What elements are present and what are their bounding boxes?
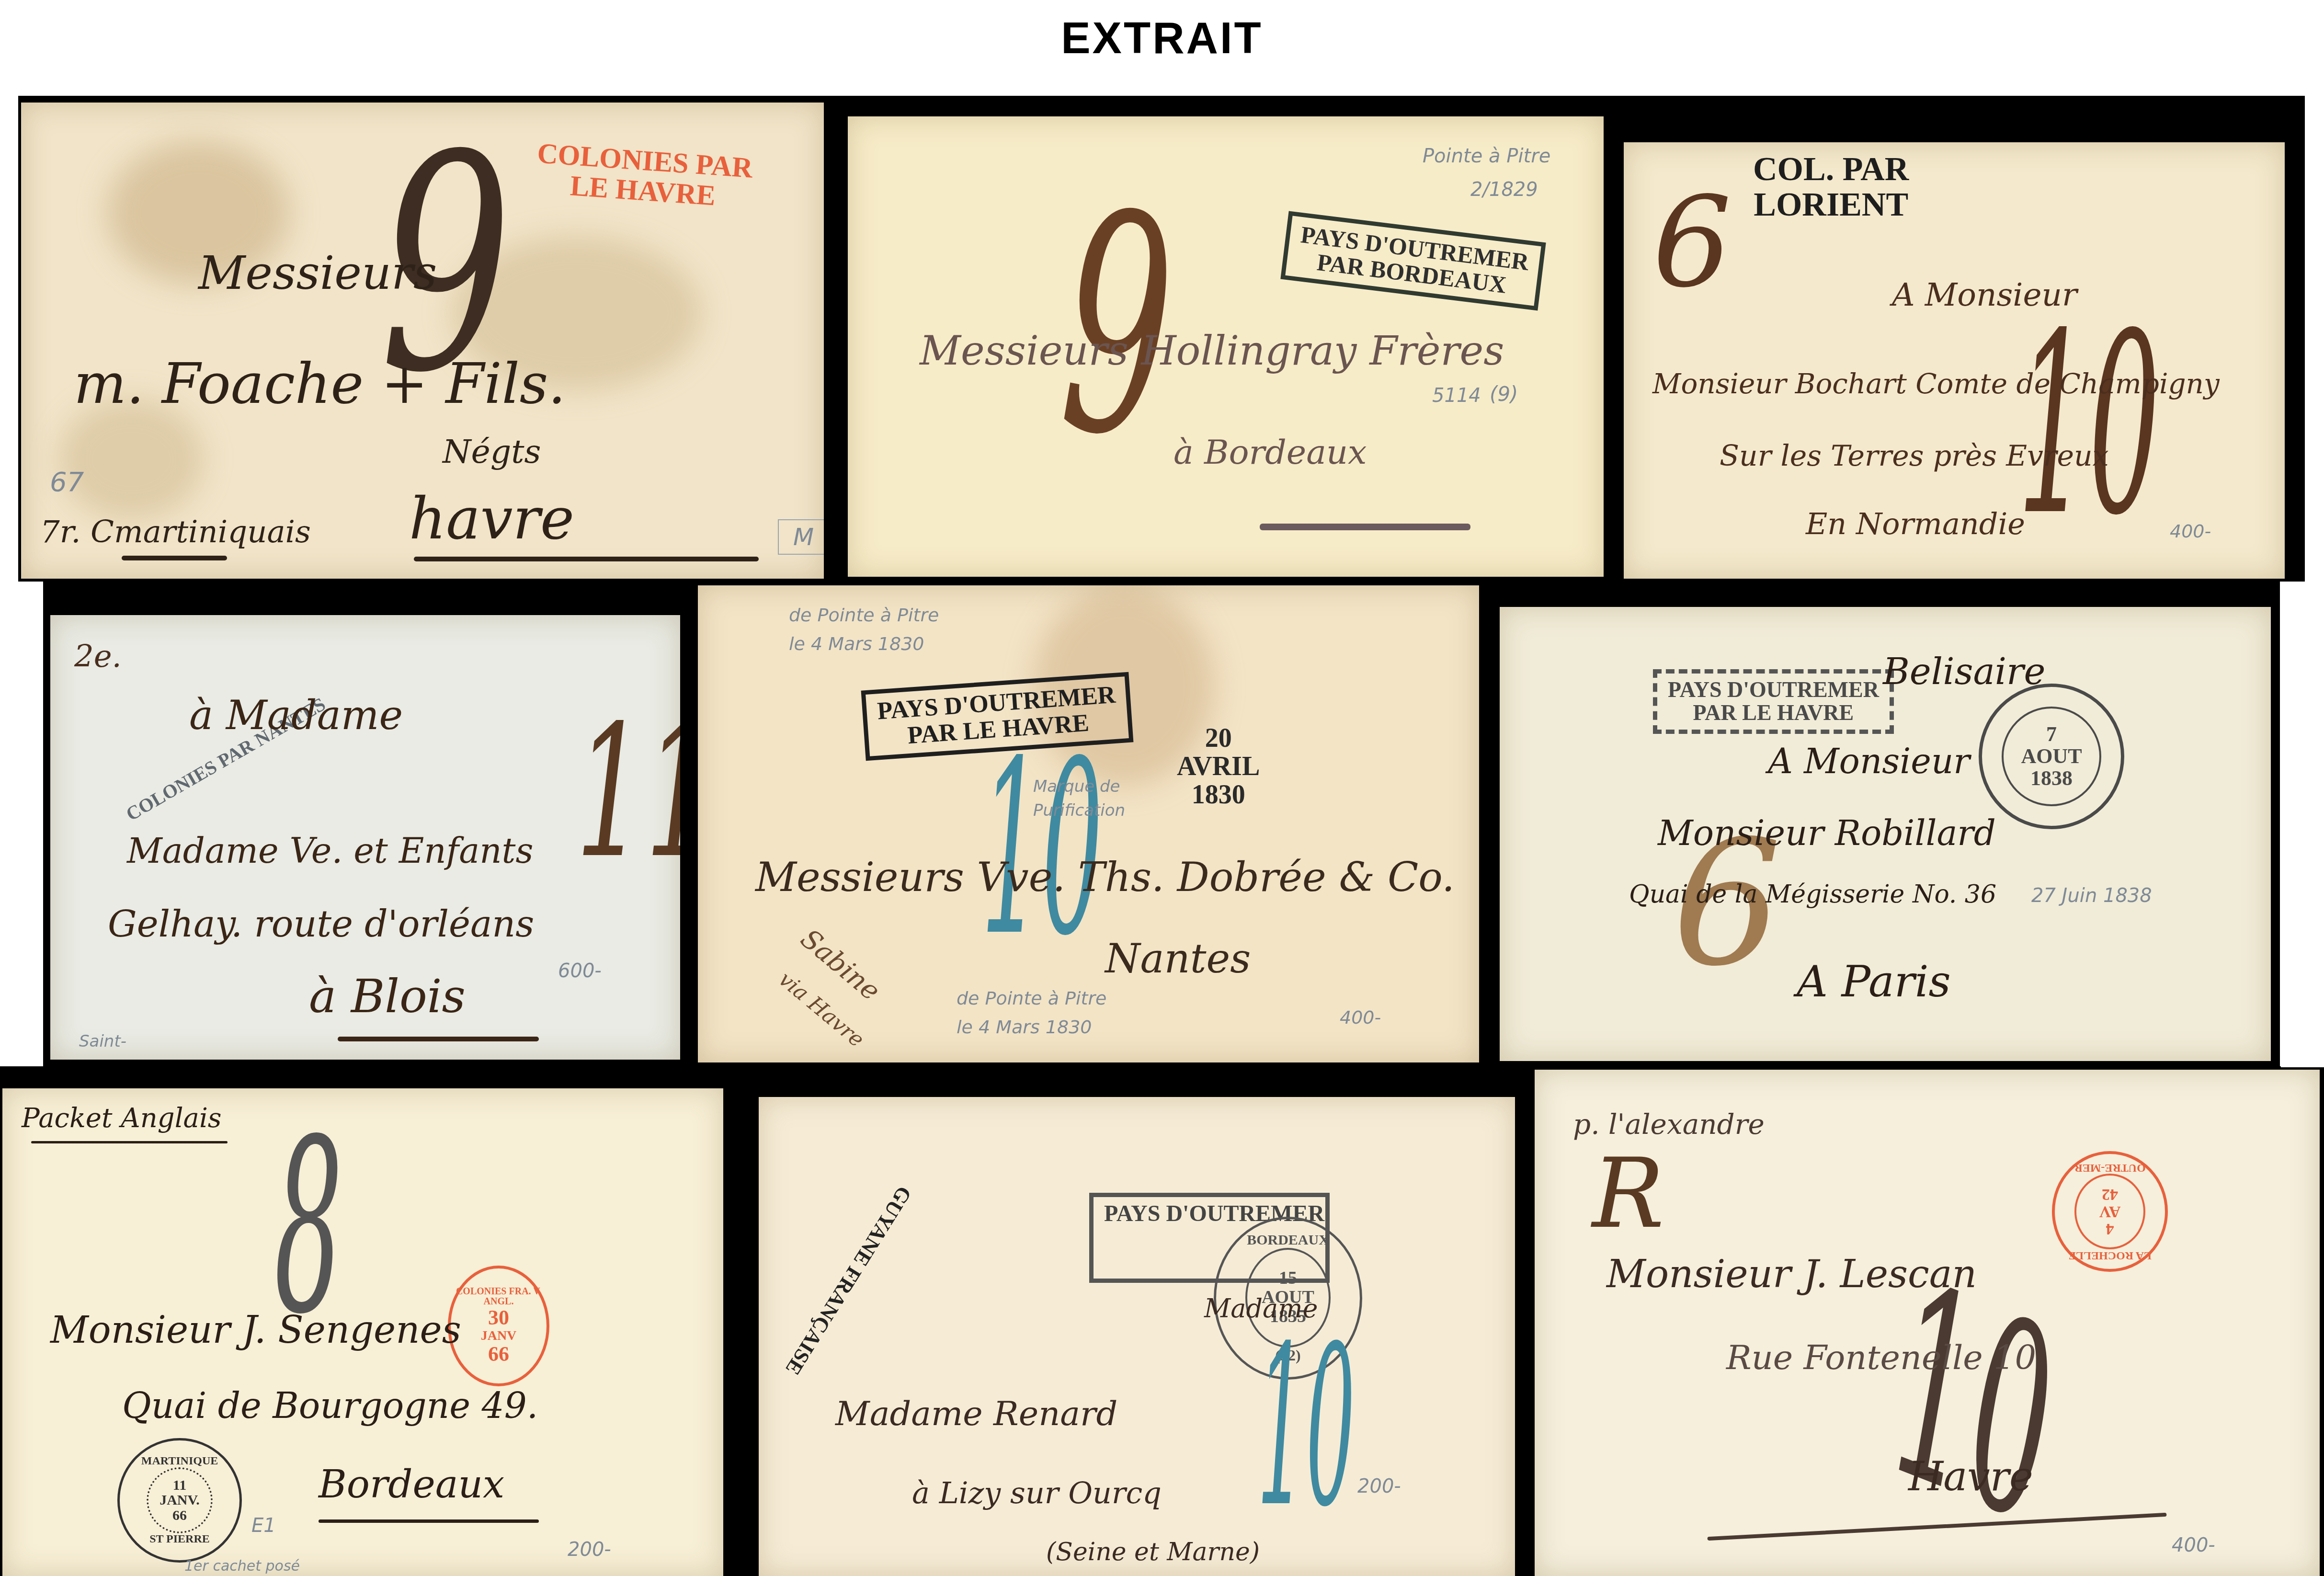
colonies-fra-v-angl-stamp: COLONIES FRA. V. ANGL. 30 JANV 66: [448, 1266, 549, 1386]
pencil-note: 2/1829: [1470, 179, 1538, 201]
cover-letter-2[interactable]: 9 PAYS D'OUTREMER PAR BORDEAUX Messieurs…: [848, 116, 1604, 577]
cover-letter-3[interactable]: COL. PAR LORIENT 6 10 A Monsieur Monsieu…: [1624, 142, 2285, 579]
pays-doutremer-par-bordeaux-stamp: PAYS D'OUTREMER PAR BORDEAUX: [1280, 211, 1546, 311]
header-note: 2e.: [74, 639, 122, 674]
address-line: à Lizy sur Ourcq: [912, 1475, 1162, 1510]
price-note: 400-: [2172, 1534, 2215, 1556]
pencil-note: 1er cachet posé: [184, 1558, 300, 1575]
header-note: Packet Anglais: [22, 1103, 222, 1134]
pencil-note: le 4 Mars 1830: [957, 1016, 1092, 1038]
tax-mark-2: R: [1592, 1146, 1664, 1242]
underline: [122, 556, 227, 560]
cover-letter-6[interactable]: PAYS D'OUTREMER PAR LE HAVRE 7 AOUT 1838…: [1500, 607, 2271, 1061]
pencil-note: E1: [251, 1515, 276, 1537]
address-line: Sur les Terres près Evreux: [1720, 439, 2109, 473]
cover-letter-1[interactable]: COLONIES PAR LE HAVRE 9 Messieurs m. Foa…: [21, 103, 824, 579]
colonies-par-le-havre-stamp: COLONIES PAR LE HAVRE: [534, 138, 753, 213]
address-line: Madame Renard: [835, 1394, 1117, 1433]
tax-mark: 6: [1652, 181, 1732, 305]
pencil-note: le 4 Mars 1830: [789, 633, 924, 654]
cover-letter-7[interactable]: Packet Anglais 8 COLONIES FRA. V. ANGL. …: [2, 1088, 723, 1576]
pays-doutremer-par-le-havre-stamp: PAYS D'OUTREMER PAR LE HAVRE: [1653, 669, 1894, 734]
guyane-francaise-stamp: GUYANE FRANÇAISE: [781, 1182, 915, 1379]
address-line: Havre: [1908, 1453, 2033, 1500]
pencil-note: 5114: [1432, 385, 1481, 407]
address-line: (Seine et Marne): [1046, 1538, 1260, 1566]
date-stamp: 20 AVRIL 1830: [1177, 724, 1260, 809]
address-line: Nantes: [1105, 935, 1251, 982]
address-line: A Paris: [1797, 957, 1951, 1007]
pencil-note: Marque de: [1033, 777, 1120, 796]
underline: [1260, 524, 1470, 530]
tax-mark: 11: [576, 701, 680, 883]
address-line: Madame Ve. et Enfants: [127, 831, 533, 871]
address-line: Messieurs: [198, 246, 437, 300]
date-stamp: 7 AOUT 1838: [1979, 684, 2124, 829]
address-line: Messieurs Vve. Ths. Dobrée & Co.: [755, 854, 1455, 901]
address-line: à Blois: [309, 970, 466, 1023]
cover-letter-9[interactable]: p. l'alexandre R LA ROCHELLE 4 AV 42 OUT…: [1535, 1070, 2320, 1576]
pencil-note: 27 Juin 1838: [2031, 885, 2152, 907]
pencil-note: M: [778, 519, 824, 555]
address-line: Quai de Bourgogne 49.: [122, 1385, 538, 1427]
price-note: 200-: [1357, 1475, 1401, 1497]
martinique-st-pierre-stamp: MARTINIQUE 11 JANV. 66 ST PIERRE: [117, 1438, 242, 1563]
note: 7r. Cmartiniquais: [40, 514, 311, 550]
address-line: Belisaire: [1883, 650, 2045, 693]
cover-letter-4[interactable]: 2e. COLONIES PAR NANTES 11 à Madame Mada…: [50, 615, 680, 1060]
address-line: Monsieur J. Sengenes: [50, 1309, 461, 1352]
pencil-note: Saint-: [79, 1032, 126, 1051]
pencil-note: Pointe à Pitre: [1423, 145, 1550, 167]
address-line: à Madame: [189, 692, 403, 739]
pencil-note: (9): [1490, 382, 1518, 406]
address-line: En Normandie: [1806, 506, 2025, 541]
address-line: Rue Fontenelle 10: [1726, 1338, 2036, 1377]
pencil-note: de Pointe à Pitre: [957, 988, 1106, 1009]
underline: [414, 557, 759, 561]
price-note: 400-: [2170, 521, 2211, 542]
pencil-note: 67: [50, 467, 84, 498]
cover-letter-8[interactable]: GUYANE FRANÇAISE PAYS D'OUTREMER BORDEAU…: [759, 1097, 1515, 1576]
price-note: 200-: [568, 1539, 611, 1561]
underline: [319, 1519, 539, 1523]
header-note: p. l'alexandre: [1573, 1108, 1765, 1141]
address-line: A Monsieur: [1768, 741, 1970, 781]
tax-mark: 10: [1888, 1243, 2060, 1566]
address-line: Gelhay. route d'orléans: [108, 902, 534, 945]
address-line: Bordeaux: [319, 1462, 504, 1507]
price-note: 400-: [1340, 1007, 1381, 1028]
price-note: 600-: [558, 960, 602, 982]
address-line: Monsieur Robillard: [1658, 813, 1996, 853]
address-line: Monsieur Bochart Comte de Champigny: [1652, 367, 2220, 400]
address-line: havre: [409, 486, 574, 552]
tax-mark: 10: [1257, 1317, 1355, 1538]
address-line: A Monsieur: [1892, 276, 2077, 313]
tax-mark: 10: [981, 729, 1103, 969]
address-line: Quai de la Mégisserie No. 36: [1629, 880, 1996, 909]
tax-mark-2: 10: [2017, 300, 2160, 549]
underline: [338, 1037, 539, 1041]
address-line: Messieurs Hollingray Frères: [920, 327, 1504, 374]
address-line: Négts: [443, 433, 541, 471]
address-line: m. Foache + Fils.: [74, 352, 566, 416]
page-title: EXTRAIT: [0, 13, 2324, 64]
outre-mer-la-rochelle-stamp: LA ROCHELLE 4 AV 42 OUTRE-MER: [2052, 1151, 2168, 1272]
col-par-lorient-stamp: COL. PAR LORIENT: [1753, 152, 1909, 222]
water-stain: [59, 400, 203, 519]
cover-letter-5[interactable]: de Pointe à Pitre le 4 Mars 1830 PAYS D'…: [698, 585, 1479, 1062]
pencil-note: Purification: [1033, 801, 1125, 820]
address-line: à Bordeaux: [1173, 433, 1367, 472]
pencil-note: de Pointe à Pitre: [789, 605, 939, 626]
underline: [31, 1141, 228, 1143]
